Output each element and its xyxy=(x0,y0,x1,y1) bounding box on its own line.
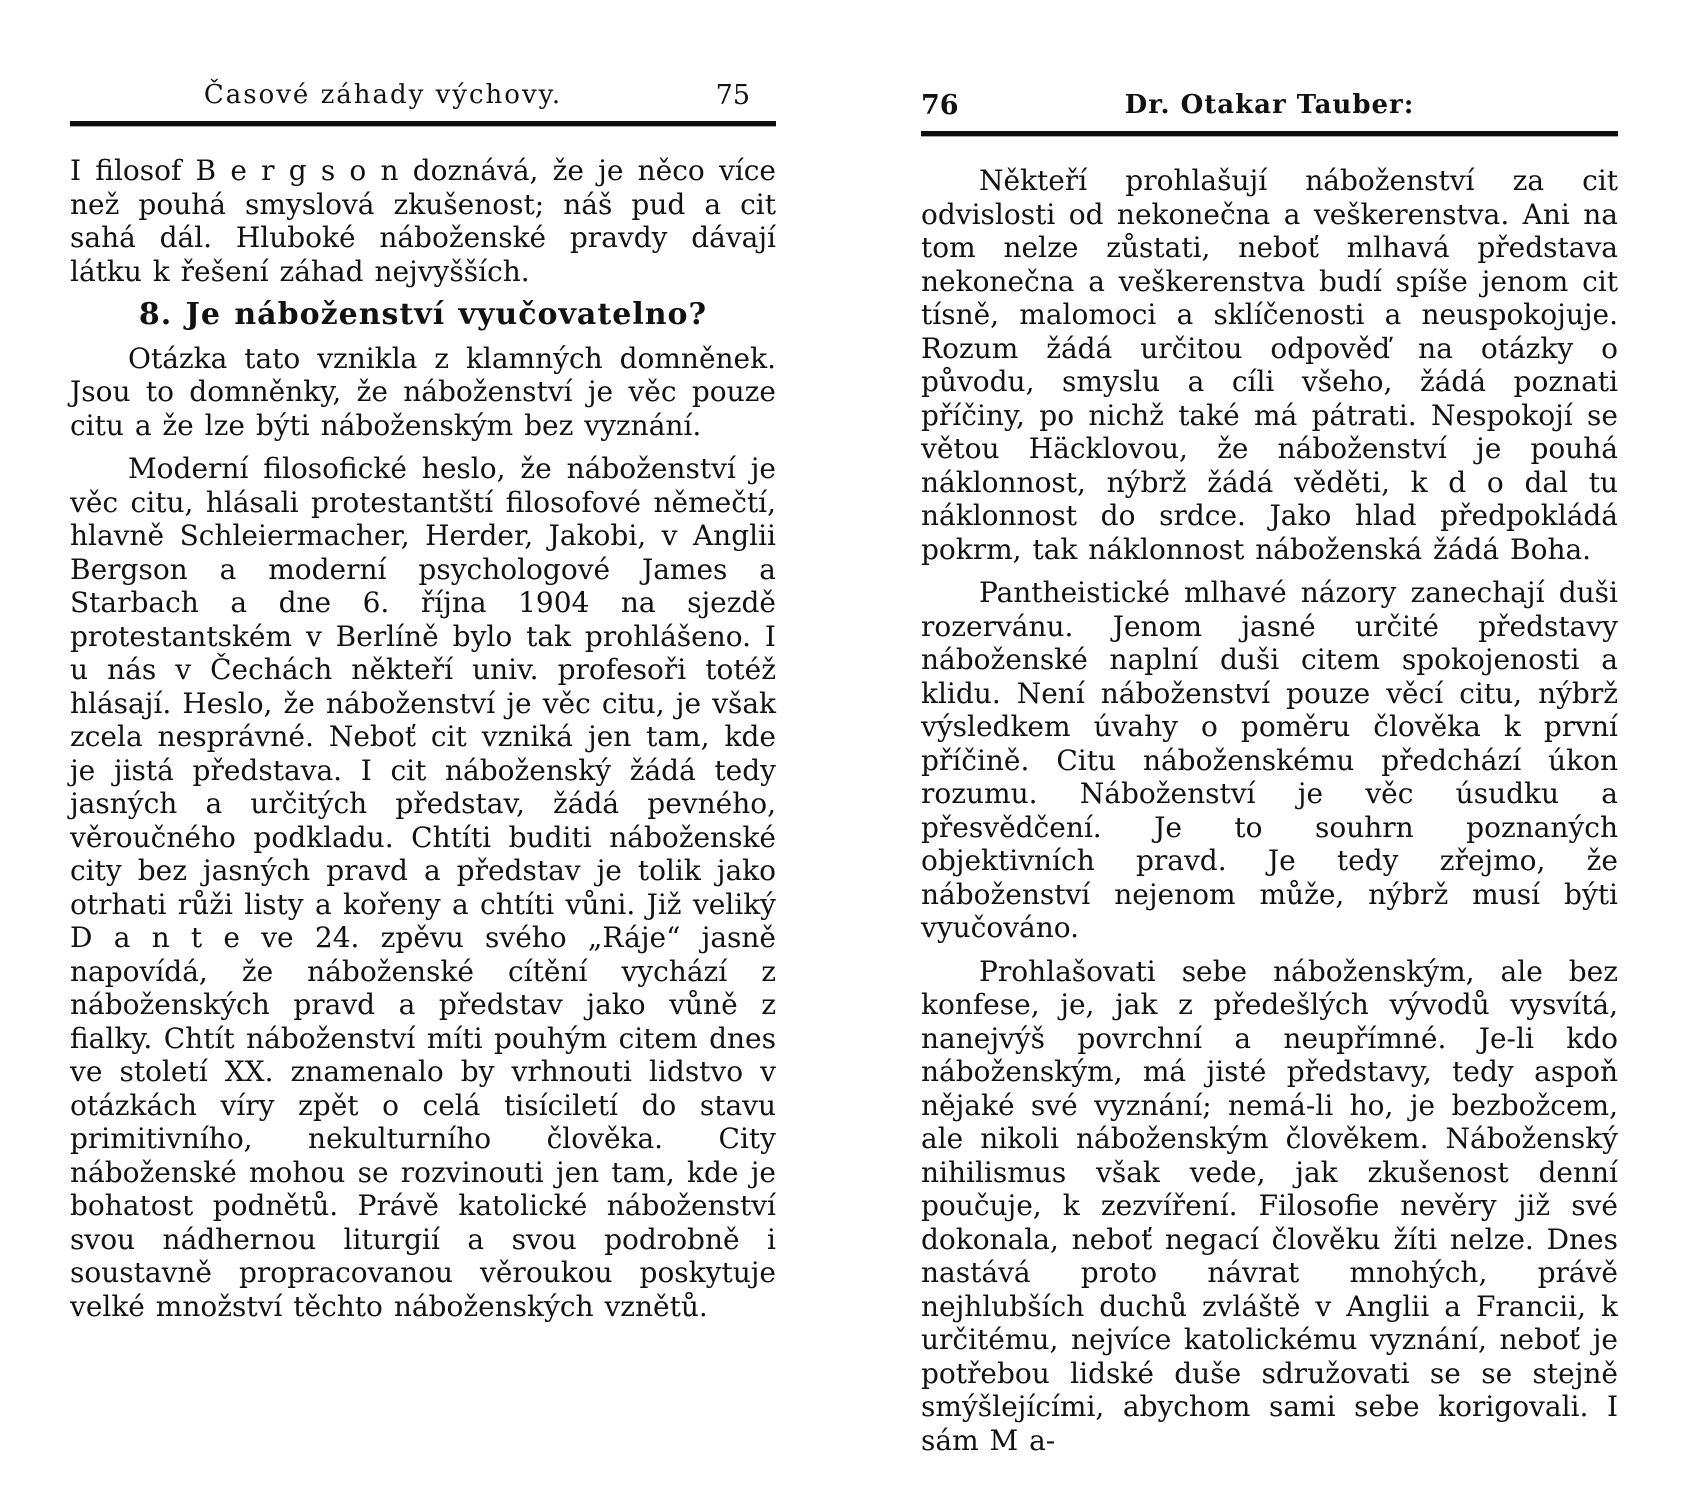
header-rule-left xyxy=(70,121,776,126)
running-header-right: 76 Dr. Otakar Tauber: xyxy=(921,90,1618,124)
paragraph: I filosof B e r g s o n doznává, že je n… xyxy=(70,154,776,288)
paragraph: Moderní filosofické heslo, že náboženstv… xyxy=(70,452,776,1323)
book-scan: Časové záhady výchovy. 75 I filosof B e … xyxy=(0,0,1690,1500)
section-heading: 8. Je náboženství vyučovatelno? xyxy=(70,298,776,332)
header-rule-right xyxy=(921,131,1618,136)
running-header-title-left: Časové záhady výchovy. xyxy=(70,80,696,110)
scan-page-right: 76 Dr. Otakar Tauber: Někteří prohlašují… xyxy=(921,0,1618,1467)
running-header-left: Časové záhady výchovy. 75 xyxy=(70,80,776,114)
scan-page-left: Časové záhady výchovy. 75 I filosof B e … xyxy=(70,0,776,1333)
page-body-left: I filosof B e r g s o n doznává, že je n… xyxy=(70,154,776,1323)
running-header-title-right: Dr. Otakar Tauber: xyxy=(921,90,1618,120)
paragraph: Někteří prohlašují náboženství za cit od… xyxy=(921,164,1618,566)
paragraph: Otázka tato vznikla z klamných domněnek.… xyxy=(70,342,776,443)
page-number-left: 75 xyxy=(716,80,750,111)
paragraph: Prohlašovati sebe náboženským, ale bez k… xyxy=(921,955,1618,1458)
paragraph: Pantheistické mlhavé názory zanechají du… xyxy=(921,576,1618,945)
page-body-right: Někteří prohlašují náboženství za cit od… xyxy=(921,164,1618,1457)
